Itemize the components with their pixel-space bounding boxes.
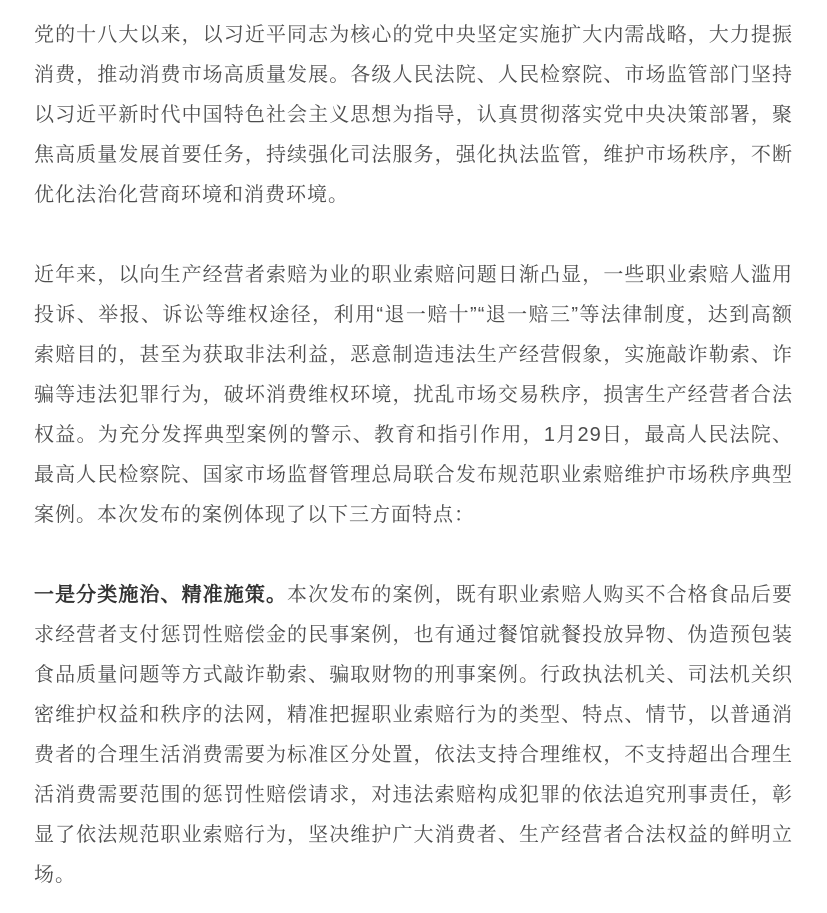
paragraph-2: 近年来，以向生产经营者索赔为业的职业索赔问题日渐凸显，一些职业索赔人滥用投诉、举… [34,255,793,535]
paragraph-1: 党的十八大以来，以习近平同志为核心的党中央坚定实施扩大内需战略，大力提振消费，推… [34,15,793,215]
paragraph-2-text: 近年来，以向生产经营者索赔为业的职业索赔问题日渐凸显，一些职业索赔人滥用投诉、举… [34,264,793,526]
article-body: 党的十八大以来，以习近平同志为核心的党中央坚定实施扩大内需战略，大力提振消费，推… [0,0,827,895]
paragraph-3-lead-bold: 一是分类施治、精准施策。 [34,584,287,606]
paragraph-1-text: 党的十八大以来，以习近平同志为核心的党中央坚定实施扩大内需战略，大力提振消费，推… [34,24,793,206]
paragraph-3-text: 本次发布的案例，既有职业索赔人购买不合格食品后要求经营者支付惩罚性赔偿金的民事案… [34,584,793,886]
paragraph-3: 一是分类施治、精准施策。本次发布的案例，既有职业索赔人购买不合格食品后要求经营者… [34,575,793,895]
